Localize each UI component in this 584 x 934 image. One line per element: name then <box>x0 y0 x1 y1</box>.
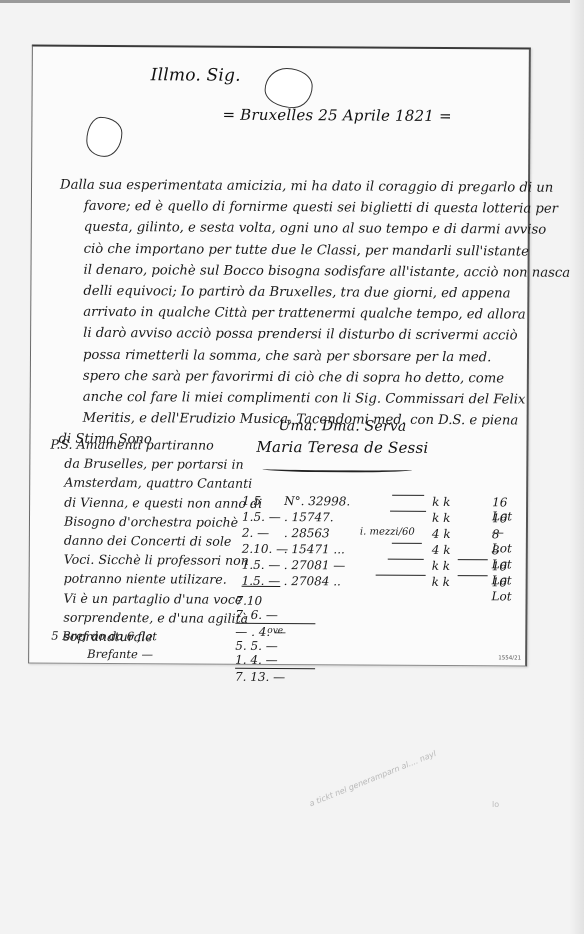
body-line: il denaro, poichè sul Bocco bisogna sodi… <box>83 260 493 284</box>
ledger-fraction: 1.5. — <box>242 558 281 572</box>
archive-stamp: 1554/21 <box>498 655 521 661</box>
ledger-dash <box>392 543 422 544</box>
ledger-number: . 15471 ... <box>284 542 345 556</box>
ledger-fraction: 1.5 <box>242 494 261 508</box>
body-line: spero che sarà per favorirmi di ciò che … <box>83 366 493 390</box>
letter-sheet: Illmo. Sig. = Bruxelles 25 Aprile 1821 =… <box>28 44 531 666</box>
ledger-row: 1.5. — . 15747. k k 16 — <box>242 510 522 528</box>
ledger-number: . 27081 — <box>284 558 346 572</box>
scan-top-edge <box>0 0 584 3</box>
ps-line: da Bruselles, per portarsi in <box>64 454 260 474</box>
ledger-dash <box>376 575 426 576</box>
ledger-dash <box>458 575 488 576</box>
closing: Uma. Dma. Serva <box>279 418 407 435</box>
body-line: favore; ed è quello di fornirme questi s… <box>84 196 494 220</box>
ledger-dash <box>458 559 488 560</box>
total-line: 7. 13. — <box>235 670 315 684</box>
body-line: anche col fare li miei complimenti con l… <box>83 387 493 411</box>
ledger-totals: 7.10 7. 6. — — . 4. — 5. 5. — 1. 4. — 7.… <box>235 594 316 684</box>
body-line: Dalla sua esperimentata amicizia, mi ha … <box>60 175 494 199</box>
total-line: 7. 6. — <box>235 608 315 622</box>
ledger-code: 4 k <box>432 543 451 557</box>
pencil-mark: lo <box>492 800 499 809</box>
ps-line: danno dei Concerti di sole <box>64 531 260 551</box>
ledger-note: i. mezzi/60 <box>360 526 415 537</box>
ledger-number: . 15747. <box>284 510 334 524</box>
body-line: li darò avviso acciò possa prendersi il … <box>83 323 493 347</box>
burn-hole <box>265 68 313 108</box>
ledger-code: k k <box>432 495 450 509</box>
dateline: = Bruxelles 25 Aprile 1821 = <box>222 106 451 125</box>
lottery-ticket-ledger: 1.5 N°. 32998. k k 16 Lot 1.5. — . 15747… <box>242 494 523 592</box>
burn-hole <box>86 117 122 157</box>
side-mark: ove <box>267 626 283 636</box>
signature-flourish <box>262 466 412 473</box>
ledger-code: k k <box>432 559 450 573</box>
total-line: 7.10 <box>235 594 315 608</box>
ps-line: potranno niente utilizare. <box>64 569 260 589</box>
footnote: Brefante — <box>87 647 153 661</box>
ledger-code: k k <box>432 511 450 525</box>
body-line: possa rimetterli la somma, che sarà per … <box>83 344 493 368</box>
ledger-row: 2.10. — . 15471 ... 4 k 8 Lot <box>242 542 522 560</box>
total-line: 5. 5. — <box>235 639 315 653</box>
total-line: 1. 4. — <box>235 653 315 667</box>
ledger-fraction: 1.5. — <box>242 510 281 524</box>
ps-line: Vi è un partaglio d'una voce <box>63 588 259 608</box>
ledger-row: 1.5. — . 27081 — k k 16 Lot <box>242 558 522 576</box>
ledger-fraction: 2.10. — <box>242 542 288 556</box>
ledger-row: 2. — . 28563 i. mezzi/60 4 k 8 Lot <box>242 526 522 544</box>
ledger-row: 1.5 N°. 32998. k k 16 Lot <box>242 494 522 512</box>
footnote: 5 Bref do da 6 flat <box>51 629 157 644</box>
body-line: questa, gilinto, e sesta volta, ogni uno… <box>84 217 494 241</box>
body-line: delli equivoci; Io partirò da Bruxelles,… <box>83 281 493 305</box>
ledger-code: k k <box>432 575 450 589</box>
ledger-number: . 27084 .. <box>284 574 341 588</box>
ps-line: di Vienna, e questi non anno di <box>64 492 260 512</box>
ledger-dash <box>392 495 424 496</box>
salutation: Illmo. Sig. <box>151 65 241 86</box>
ledger-dash <box>388 559 424 560</box>
ps-line: sorprendente, e d'una agilità <box>63 608 259 628</box>
body-line: arrivato in qualche Città per trattenerm… <box>83 302 493 326</box>
ledger-fraction: 1.5. — <box>242 574 281 588</box>
scan-right-edge <box>570 0 584 934</box>
ledger-fraction: 2. — <box>242 526 269 540</box>
ledger-dash <box>390 511 426 512</box>
ledger-qty: 16 Lot <box>491 575 521 603</box>
ps-line: Bisogno d'orchestra poichè <box>64 511 260 531</box>
signature: Maria Teresa de Sessi <box>256 438 428 457</box>
ps-line: P.S. Amamenti partiranno <box>50 435 260 455</box>
letter-body: Dalla sua esperimentata amicizia, mi ha … <box>82 175 494 453</box>
ps-line: Amsterdam, quattro Cantanti <box>64 473 260 493</box>
ledger-row: 1.5. — . 27084 .. k k 16 Lot <box>242 574 522 592</box>
body-line: ciò che importano per tutte due le Class… <box>84 238 494 262</box>
ledger-number: . 28563 <box>284 526 330 540</box>
ledger-number: N°. 32998. <box>284 494 350 508</box>
ledger-code: 4 k <box>432 527 451 541</box>
ps-line: Voci. Sicchè li professori non <box>64 550 260 570</box>
postscript: P.S. Amamenti partiranno da Bruselles, p… <box>49 435 260 648</box>
